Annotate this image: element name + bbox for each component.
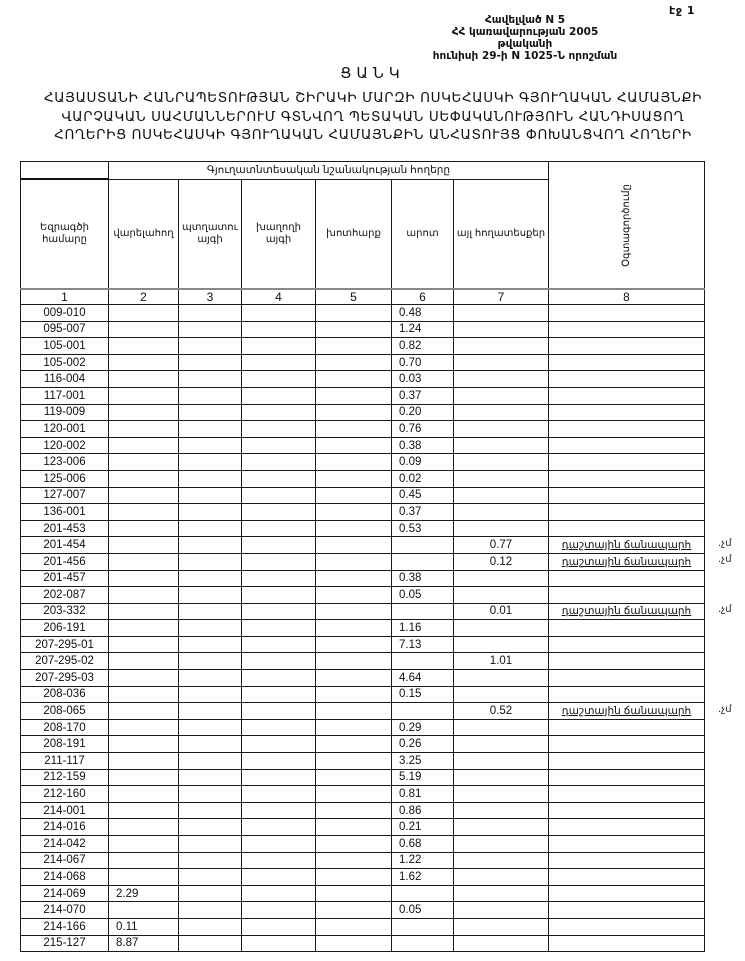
orchard-cell [179,869,242,886]
vineyard-cell [242,305,316,322]
orchard-cell [179,802,242,819]
other-land-cell [454,802,549,819]
vineyard-cell [242,620,316,637]
plot-number-cell: 214-070 [21,902,109,919]
table-row: 214-1660.11 [21,918,705,935]
usage-cell [549,404,705,421]
annex-header: Հավելված N 5 ՀՀ կառավարության 2005 թվակա… [430,14,620,62]
table-header: Գյուղատնտեսական նշանակության հողերը Օգտա… [21,162,705,305]
orchard-cell [179,836,242,853]
table-row: 214-0681.62 [21,869,705,886]
usage-cell [549,719,705,736]
arable-land-cell [109,470,179,487]
vineyard-cell [242,902,316,919]
plot-number-cell: 201-457 [21,570,109,587]
vineyard-cell [242,338,316,355]
plot-number-cell: 212-159 [21,769,109,786]
hayfield-cell [316,670,392,687]
vineyard-cell [242,769,316,786]
arable-land-cell [109,670,179,687]
arable-land-cell [109,802,179,819]
hayfield-cell [316,653,392,670]
hayfield-cell [316,321,392,338]
usage-cell [549,869,705,886]
table-row: 119-0090.20 [21,404,705,421]
vineyard-cell [242,869,316,886]
table-row: 127-0070.45 [21,487,705,504]
pasture-cell [392,885,454,902]
orchard-cell [179,918,242,935]
table-row: 208-1910.26 [21,736,705,753]
column-number: 2 [109,289,179,305]
table-row: 201-4530.53 [21,520,705,537]
header-blank-cell [21,162,109,180]
pasture-cell: 0.38 [392,570,454,587]
other-land-cell: 0.12 [454,553,549,570]
plot-number-cell: 127-007 [21,487,109,504]
pasture-cell: 0.05 [392,587,454,604]
table-row: 136-0010.37 [21,504,705,521]
plot-number-cell: 206-191 [21,620,109,637]
arable-land-cell [109,421,179,438]
pasture-cell: 1.16 [392,620,454,637]
usage-cell [549,636,705,653]
usage-cell [549,387,705,404]
table-row: 105-0020.70 [21,354,705,371]
hayfield-cell [316,852,392,869]
usage-cell [549,885,705,902]
table-row: 211-1173.25 [21,753,705,770]
arable-land-cell [109,553,179,570]
usage-cell [549,736,705,753]
plot-number-cell: 215-127 [21,935,109,952]
table-row: 125-0060.02 [21,470,705,487]
arable-land-cell [109,354,179,371]
plot-number-cell: 214-166 [21,918,109,935]
hayfield-cell [316,371,392,388]
other-land-cell [454,935,549,952]
usage-cell [549,686,705,703]
pasture-cell: 0.86 [392,802,454,819]
table-row: 212-1600.81 [21,786,705,803]
table-row: 206-1911.16 [21,620,705,637]
orchard-cell [179,504,242,521]
pasture-cell: 0.09 [392,454,454,471]
arable-land-cell [109,305,179,322]
table-row: 214-0700.05 [21,902,705,919]
other-land-cell: 0.01 [454,603,549,620]
pasture-cell: 0.37 [392,387,454,404]
pasture-cell: 0.81 [392,786,454,803]
hayfield-cell [316,869,392,886]
arable-land-cell [109,454,179,471]
arable-land-cell [109,487,179,504]
arable-land-cell [109,902,179,919]
hayfield-cell [316,354,392,371]
orchard-cell [179,454,242,471]
usage-cell [549,769,705,786]
vineyard-cell [242,918,316,935]
vineyard-cell [242,570,316,587]
vineyard-cell [242,487,316,504]
plot-number-cell: 136-001 [21,504,109,521]
orchard-cell [179,404,242,421]
table-row: 202-0870.05 [21,587,705,604]
plot-number-cell: 208-036 [21,686,109,703]
document-title: ՑԱՆԿ [0,64,745,82]
orchard-cell [179,636,242,653]
plot-number-cell: 211-117 [21,753,109,770]
hayfield-cell [316,885,392,902]
arable-land-cell [109,819,179,836]
table-row: 208-0650.52դաշտային ճանապարհ [21,703,705,720]
other-land-cell [454,753,549,770]
orchard-cell [179,786,242,803]
hayfield-cell [316,404,392,421]
plot-number-cell: 207-295-01 [21,636,109,653]
pasture-cell: 0.45 [392,487,454,504]
plot-number-cell: 095-007 [21,321,109,338]
hayfield-cell [316,935,392,952]
pasture-cell: 0.82 [392,338,454,355]
arable-land-cell [109,387,179,404]
pasture-cell: 0.21 [392,819,454,836]
table-row: 214-0671.22 [21,852,705,869]
column-header-6: արոտ [392,179,454,289]
arable-land-cell [109,587,179,604]
pasture-cell: 1.62 [392,869,454,886]
usage-cell [549,354,705,371]
other-land-cell [454,338,549,355]
vineyard-cell [242,354,316,371]
usage-cell [549,487,705,504]
land-plots-table: Գյուղատնտեսական նշանակության հողերը Օգտա… [20,161,705,952]
plot-number-cell: 105-002 [21,354,109,371]
other-land-cell [454,819,549,836]
plot-number-cell: 117-001 [21,387,109,404]
pasture-cell: 0.38 [392,437,454,454]
hayfield-cell [316,570,392,587]
usage-cell [549,587,705,604]
group-header-agricultural-land: Գյուղատնտեսական նշանակության հողերը [109,162,549,180]
orchard-cell [179,421,242,438]
plot-number-cell: 123-006 [21,454,109,471]
other-land-cell [454,918,549,935]
table-row: 214-0420.68 [21,836,705,853]
orchard-cell [179,470,242,487]
table-row: 120-0010.76 [21,421,705,438]
other-land-cell [454,587,549,604]
orchard-cell [179,769,242,786]
other-land-cell [454,885,549,902]
pasture-cell: 0.76 [392,421,454,438]
orchard-cell [179,520,242,537]
plot-number-cell: 214-042 [21,836,109,853]
table-row: 214-0692.29 [21,885,705,902]
vineyard-cell [242,553,316,570]
hayfield-cell [316,437,392,454]
page-number: էջ 1 [669,4,695,17]
usage-cell [549,653,705,670]
plot-number-cell: 201-453 [21,520,109,537]
usage-cell [549,338,705,355]
hayfield-cell [316,802,392,819]
vineyard-cell [242,885,316,902]
orchard-cell [179,354,242,371]
hayfield-cell [316,520,392,537]
usage-cell [549,454,705,471]
pasture-cell: 1.24 [392,321,454,338]
arable-land-cell: 8.87 [109,935,179,952]
table-row: 208-1700.29 [21,719,705,736]
hayfield-cell [316,537,392,554]
pasture-cell: 0.05 [392,902,454,919]
plot-number-cell: 120-002 [21,437,109,454]
hayfield-cell [316,603,392,620]
column-header-3: պտղատու այգի [179,179,242,289]
orchard-cell [179,819,242,836]
orchard-cell [179,570,242,587]
subtitle-line-2: ՎԱՐՉԱԿԱՆ ՍԱՀՄԱՆՆԵՐՈՒՄ ԳՏՆՎՈՂ ՊԵՏԱԿԱՆ ՍԵՓ… [28,108,718,127]
arable-land-cell [109,869,179,886]
usage-cell [549,321,705,338]
table-row: 123-0060.09 [21,454,705,471]
vineyard-cell [242,454,316,471]
hayfield-cell [316,753,392,770]
other-land-cell [454,769,549,786]
vineyard-cell [242,404,316,421]
plot-number-cell: 202-087 [21,587,109,604]
orchard-cell [179,305,242,322]
pasture-cell: 3.25 [392,753,454,770]
hayfield-cell [316,686,392,703]
hayfield-cell [316,703,392,720]
column-header-7: այլ հողատեսքեր [454,179,549,289]
arable-land-cell [109,719,179,736]
arable-land-cell [109,753,179,770]
usage-cell [549,836,705,853]
other-land-cell [454,487,549,504]
table-row: 214-0010.86 [21,802,705,819]
plot-number-cell: 214-068 [21,869,109,886]
annex-line-1: Հավելված N 5 [430,14,620,26]
vineyard-cell [242,686,316,703]
pasture-cell [392,935,454,952]
hayfield-cell [316,918,392,935]
table-row: 116-0040.03 [21,371,705,388]
orchard-cell [179,537,242,554]
other-land-cell [454,670,549,687]
usage-cell [549,935,705,952]
pasture-cell: 1.22 [392,852,454,869]
pasture-cell: 0.70 [392,354,454,371]
other-land-cell [454,454,549,471]
other-land-cell [454,836,549,853]
vineyard-cell [242,719,316,736]
orchard-cell [179,736,242,753]
table-row: 207-295-017.13 [21,636,705,653]
pasture-cell: 0.26 [392,736,454,753]
column-header-4: խաղողի այգի [242,179,316,289]
hayfield-cell [316,305,392,322]
arable-land-cell [109,338,179,355]
other-land-cell [454,570,549,587]
plot-number-cell: 116-004 [21,371,109,388]
vineyard-cell [242,321,316,338]
plot-number-cell: 212-160 [21,786,109,803]
hayfield-cell [316,553,392,570]
orchard-cell [179,387,242,404]
pasture-cell: 0.20 [392,404,454,421]
hayfield-cell [316,421,392,438]
other-land-cell: 0.77 [454,537,549,554]
usage-cell [549,852,705,869]
hayfield-cell [316,587,392,604]
orchard-cell [179,885,242,902]
hayfield-cell [316,504,392,521]
column-number: 8 [549,289,705,305]
orchard-cell [179,935,242,952]
usage-cell: դաշտային ճանապարհ [549,537,705,554]
vineyard-cell [242,437,316,454]
usage-cell [549,620,705,637]
hayfield-cell [316,487,392,504]
table-row: 212-1595.19 [21,769,705,786]
pasture-cell: 5.19 [392,769,454,786]
other-land-cell [454,869,549,886]
other-land-cell [454,437,549,454]
table-row: 207-295-034.64 [21,670,705,687]
pasture-cell: 0.29 [392,719,454,736]
vineyard-cell [242,836,316,853]
vineyard-cell [242,520,316,537]
table-body: 009-0100.48095-0071.24105-0010.82105-002… [21,305,705,952]
margin-mark: .չմ [718,604,732,615]
orchard-cell [179,321,242,338]
plot-number-cell: 125-006 [21,470,109,487]
plot-number-cell: 201-456 [21,553,109,570]
column-header-1: Եզրագծի համարը [21,179,109,289]
vineyard-cell [242,703,316,720]
other-land-cell [454,902,549,919]
hayfield-cell [316,338,392,355]
usage-cell: դաշտային ճանապարհ [549,603,705,620]
arable-land-cell [109,620,179,637]
column-header-8-label: Օգտագործումը [621,184,632,267]
hayfield-cell [316,620,392,637]
pasture-cell [392,537,454,554]
hayfield-cell [316,636,392,653]
table-row: 215-1278.87 [21,935,705,952]
other-land-cell: 1.01 [454,653,549,670]
vineyard-cell [242,653,316,670]
other-land-cell: 0.52 [454,703,549,720]
orchard-cell [179,719,242,736]
table-row: 009-0100.48 [21,305,705,322]
other-land-cell [454,305,549,322]
usage-cell [549,520,705,537]
other-land-cell [454,470,549,487]
hayfield-cell [316,786,392,803]
hayfield-cell [316,387,392,404]
vineyard-cell [242,736,316,753]
document-subtitle: ՀԱՅԱՍՏԱՆԻ ՀԱՆՐԱՊԵՏՈՒԹՅԱՆ ՇԻՐԱԿԻ ՄԱՐԶԻ ՈՍ… [28,89,718,145]
pasture-cell: 0.48 [392,305,454,322]
vineyard-cell [242,421,316,438]
orchard-cell [179,653,242,670]
other-land-cell [454,354,549,371]
arable-land-cell [109,769,179,786]
vineyard-cell [242,603,316,620]
usage-cell [549,819,705,836]
plot-number-cell: 208-065 [21,703,109,720]
hayfield-cell [316,902,392,919]
margin-mark: .չմ [718,554,732,565]
table-row: 201-4560.12դաշտային ճանապարհ [21,553,705,570]
orchard-cell [179,670,242,687]
vineyard-cell [242,587,316,604]
column-number: 4 [242,289,316,305]
vineyard-cell [242,852,316,869]
pasture-cell: 4.64 [392,670,454,687]
arable-land-cell [109,636,179,653]
other-land-cell [454,404,549,421]
usage-cell [549,437,705,454]
table-row: 214-0160.21 [21,819,705,836]
subtitle-line-3: ՀՈՂԵՐԻՑ ՈՍԿԵՀԱՍԿԻ ԳՅՈՒՂԱԿԱՆ ՀԱՄԱՅՆՔԻՆ ԱՆ… [28,126,718,145]
arable-land-cell [109,504,179,521]
orchard-cell [179,338,242,355]
usage-cell [549,305,705,322]
pasture-cell: 0.03 [392,371,454,388]
arable-land-cell [109,703,179,720]
arable-land-cell: 2.29 [109,885,179,902]
table-row: 095-0071.24 [21,321,705,338]
arable-land-cell [109,686,179,703]
margin-mark: .չմ [718,704,732,715]
other-land-cell [454,620,549,637]
usage-cell [549,670,705,687]
vineyard-cell [242,802,316,819]
plot-number-cell: 214-016 [21,819,109,836]
plot-number-cell: 201-454 [21,537,109,554]
usage-cell [549,570,705,587]
column-header-8: Օգտագործումը [549,162,705,290]
usage-cell: դաշտային ճանապարհ [549,703,705,720]
usage-cell [549,802,705,819]
plot-number-cell: 208-170 [21,719,109,736]
arable-land-cell [109,736,179,753]
hayfield-cell [316,819,392,836]
other-land-cell [454,387,549,404]
usage-cell [549,918,705,935]
table-row: 207-295-021.01 [21,653,705,670]
arable-land-cell [109,836,179,853]
arable-land-cell: 0.11 [109,918,179,935]
plot-number-cell: 207-295-02 [21,653,109,670]
hayfield-cell [316,769,392,786]
column-number: 5 [316,289,392,305]
pasture-cell: 0.37 [392,504,454,521]
table-row: 208-0360.15 [21,686,705,703]
orchard-cell [179,902,242,919]
arable-land-cell [109,603,179,620]
plot-number-cell: 120-001 [21,421,109,438]
arable-land-cell [109,786,179,803]
plot-number-cell: 207-295-03 [21,670,109,687]
orchard-cell [179,753,242,770]
pasture-cell [392,553,454,570]
